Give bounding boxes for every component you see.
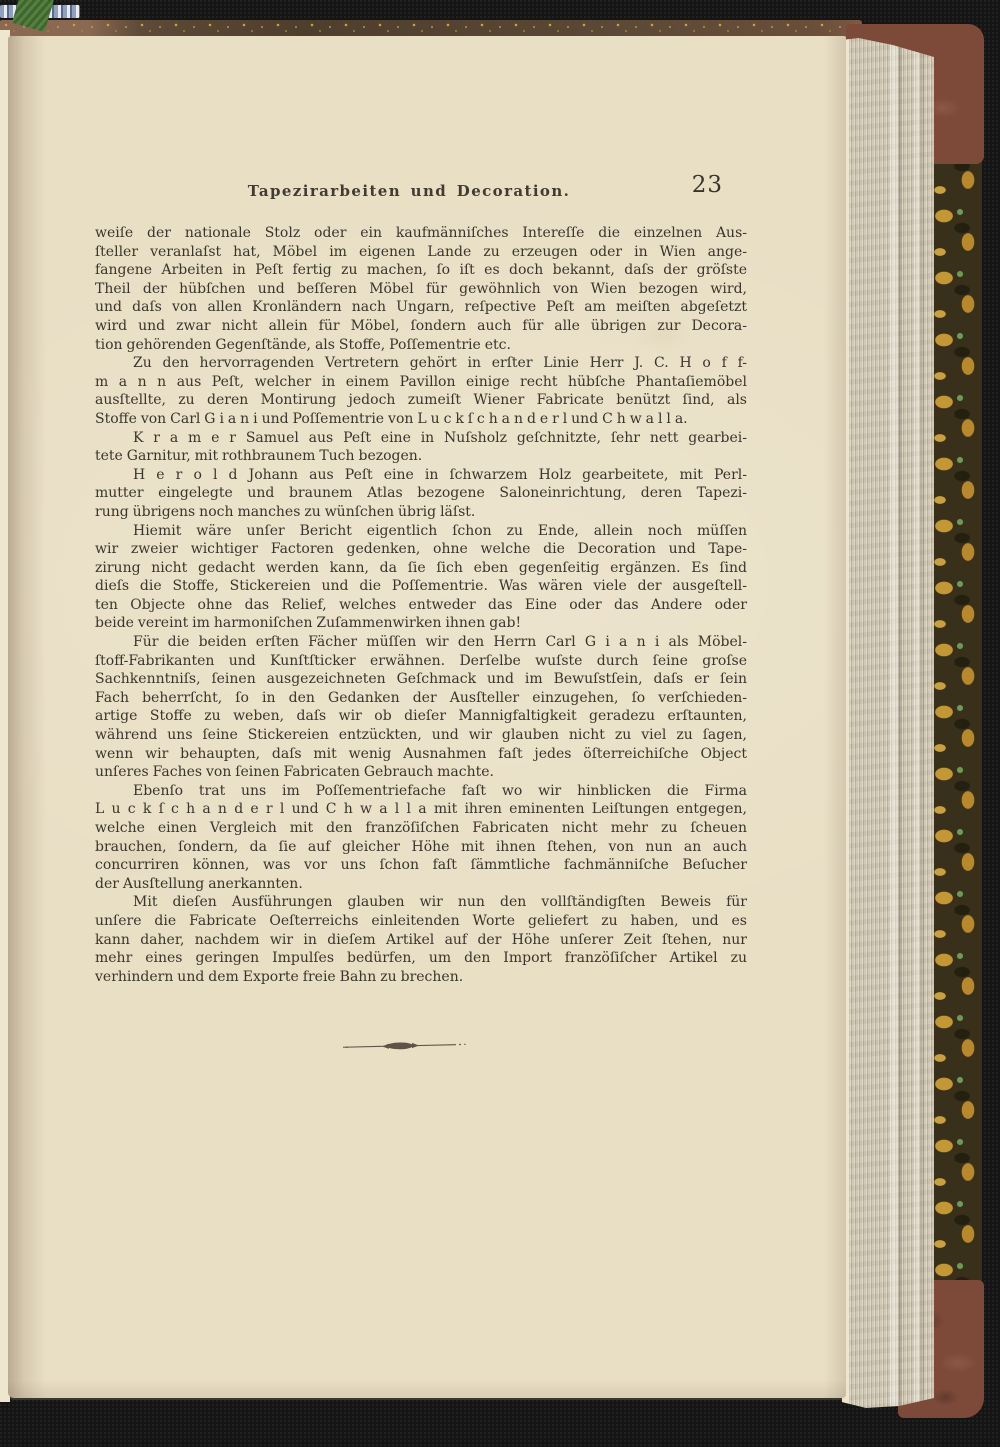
text-line: ſtoff-Fabrikanten und Kunſtſticker erwäh…	[95, 652, 747, 671]
text-line: artige Stoffe zu weben, daſs wir ob dieſ…	[95, 707, 747, 726]
text-line: kann daher, nachdem wir in dieſem Artike…	[95, 931, 747, 950]
text-line: mutter eingelegte und braunem Atlas bezo…	[95, 484, 747, 503]
text-line: welche einen Vergleich mit den franzöſiſ…	[95, 819, 747, 838]
text-line: rung übrigens noch manches zu wünſchen ü…	[95, 503, 747, 522]
text-line: K r a m e r Samuel aus Peſt eine in Nuſs…	[95, 429, 747, 448]
text-line: zirung nicht gedacht werden kann, da ſie…	[95, 559, 747, 578]
text-line: ausſtellte, zu deren Montirung jedoch zu…	[95, 391, 747, 410]
text-line: ten Objecte ohne das Relief, welches ent…	[95, 596, 747, 615]
running-header-title: Tapezirarbeiten und Decoration.	[83, 176, 735, 200]
text-line: Sachkenntniſs, ſeinen ausgezeichneten Ge…	[95, 670, 747, 689]
text-line: unſeres Faches von ſeinen Fabricaten Geb…	[95, 763, 747, 782]
text-line: beide vereint im harmoniſchen Zuſammenwi…	[95, 614, 747, 633]
page-body: weiſe der nationale Stolz oder ein kaufm…	[95, 224, 747, 986]
page-number: 23	[692, 172, 723, 198]
running-head: Tapezirarbeiten und Decoration. 23	[95, 176, 747, 206]
text-line: wird und zwar nicht allein für Möbel, ſo…	[95, 317, 747, 336]
text-line: tete Garnitur, mit rothbraunem Tuch bezo…	[95, 447, 747, 466]
text-line: ſteller veranlaſst hat, Möbel im eigenen…	[95, 243, 747, 262]
book-scan: Tapezirarbeiten und Decoration. 23 weiſe…	[0, 0, 1000, 1447]
text-line: H e r o l d Johann aus Peſt eine in ſchw…	[95, 466, 747, 485]
text-line: wir zweier wichtiger Factoren gedenken, …	[95, 540, 747, 559]
text-line: Theil der hübſchen und beſſeren Möbel fü…	[95, 280, 747, 299]
text-line: der Ausſtellung anerkannten.	[95, 875, 747, 894]
text-line: unſere die Fabricate Oeſterreichs einlei…	[95, 912, 747, 931]
text-line: L u c k ſ c h a n d e r l und C h w a l …	[95, 800, 747, 819]
fore-edge-page-stack	[842, 38, 934, 1408]
text-line: während uns ſeine Stickereien entzückten…	[95, 726, 747, 745]
text-line: verhindern und dem Exporte freie Bahn zu…	[95, 968, 747, 987]
text-line: tion gehörenden Gegenſtände, als Stoffe,…	[95, 336, 747, 355]
text-line: brauchen, ſondern, da ſie auf gleicher H…	[95, 838, 747, 857]
text-line: fangene Arbeiten in Peſt fertig zu mache…	[95, 261, 747, 280]
text-line: dieſs die Stoffe, Stickereien und die Po…	[95, 577, 747, 596]
text-line: Hiemit wäre unſer Bericht eigentlich ſch…	[95, 522, 747, 541]
text-line: Mit dieſen Ausführungen glauben wir nun …	[95, 893, 747, 912]
text-line: Ebenſo trat uns im Poſſementriefache faſ…	[95, 782, 747, 801]
divider-ornament	[95, 1038, 747, 1054]
text-line: mehr eines geringen Impulſes bedürfen, u…	[95, 949, 747, 968]
book-page: Tapezirarbeiten und Decoration. 23 weiſe…	[8, 36, 846, 1398]
marbled-cover-edge	[932, 140, 982, 1290]
text-line: Stoffe von Carl G i a n i und Poſſementr…	[95, 410, 747, 429]
text-line: und daſs von allen Kronländern nach Unga…	[95, 298, 747, 317]
text-line: Fach beherrſcht, ſo in den Gedanken der …	[95, 689, 747, 708]
text-line: concurriren können, was vor uns ſchon fa…	[95, 856, 747, 875]
text-line: wenn wir behaupten, daſs mit wenig Ausna…	[95, 745, 747, 764]
text-line: Zu den hervorragenden Vertretern gehört …	[95, 354, 747, 373]
text-line: weiſe der nationale Stolz oder ein kaufm…	[95, 224, 747, 243]
text-line: Für die beiden erſten Fächer müſſen wir …	[95, 633, 747, 652]
text-line: m a n n aus Peſt, welcher in einem Pavil…	[95, 373, 747, 392]
tapered-rule-icon	[340, 1037, 470, 1054]
